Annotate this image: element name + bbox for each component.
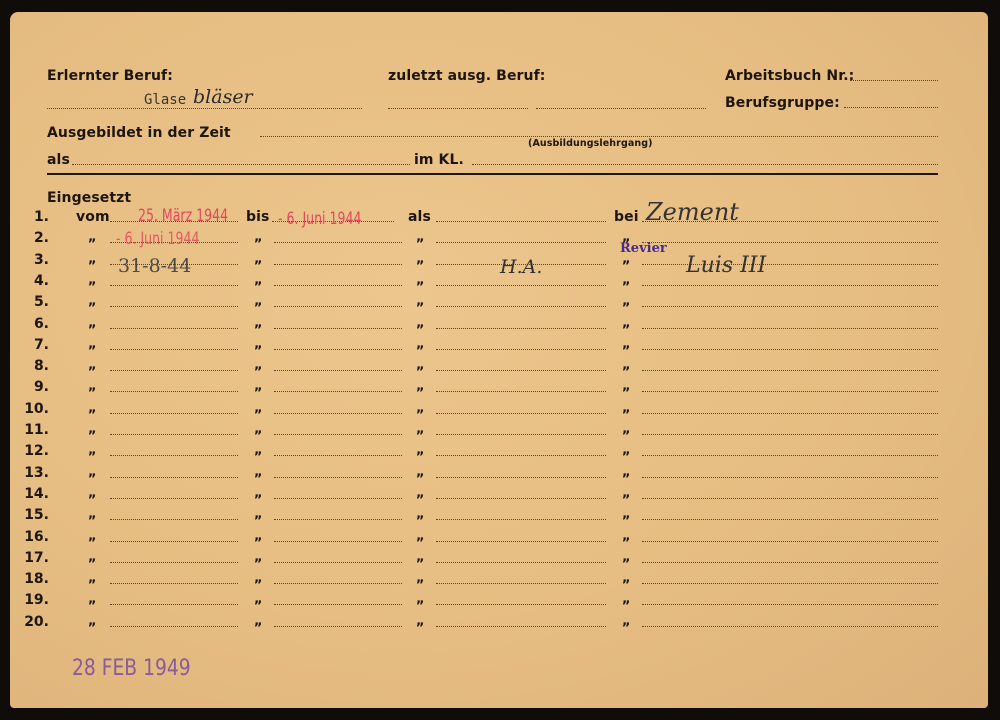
ditto-mark: „ [622, 316, 631, 331]
row-bis-field[interactable] [274, 242, 402, 243]
ditto-mark: „ [88, 252, 97, 267]
ditto-mark: „ [416, 273, 425, 288]
ditto-mark: „ [416, 422, 425, 437]
ditto-mark: „ [254, 550, 263, 565]
row-number: 15. [15, 507, 49, 523]
date-stamp: 28 FEB 1949 [72, 656, 191, 681]
ditto-mark: „ [416, 252, 425, 267]
erlernter-beruf-typed-value: Glase [144, 92, 186, 108]
ditto-mark: „ [88, 443, 97, 458]
row-bis-field[interactable] [274, 477, 402, 478]
ditto-mark: „ [254, 294, 263, 309]
row-vom-field[interactable] [110, 285, 238, 286]
registration-card: Erlernter Beruf: Glase bläser zuletzt au… [10, 12, 988, 708]
row-number: 13. [15, 465, 49, 481]
ditto-mark: „ [88, 401, 97, 416]
ditto-mark: „ [416, 529, 425, 544]
row-als-field[interactable] [436, 413, 606, 414]
row-number: 10. [15, 401, 49, 417]
ditto-mark: „ [254, 252, 263, 267]
row-bei-field[interactable] [642, 306, 938, 307]
ditto-mark: „ [622, 614, 631, 629]
row-als-field[interactable] [436, 626, 606, 627]
row-als-field[interactable] [436, 242, 606, 243]
row-als-field[interactable] [436, 370, 606, 371]
ditto-mark: „ [416, 571, 425, 586]
ditto-mark: „ [622, 379, 631, 394]
ditto-mark: „ [622, 465, 631, 480]
ditto-mark: „ [622, 529, 631, 544]
row-als-field[interactable] [436, 434, 606, 435]
zuletzt-beruf-label: zuletzt ausg. Beruf: [388, 68, 546, 84]
ditto-mark: „ [622, 571, 631, 586]
row-number: 3. [15, 252, 49, 268]
row-number: 7. [15, 337, 49, 353]
ditto-mark: „ [88, 294, 97, 309]
row-vom-field[interactable] [110, 349, 238, 350]
ausgebildet-line [260, 136, 938, 137]
im-kl-line [472, 164, 938, 165]
row-vom-field[interactable] [110, 391, 238, 392]
row-bis-field[interactable] [274, 264, 402, 265]
zuletzt-beruf-line-1 [388, 108, 528, 109]
ausgebildet-label: Ausgebildet in der Zeit [47, 125, 231, 141]
row-bis-field[interactable] [274, 413, 402, 414]
row-als-field[interactable] [436, 455, 606, 456]
ditto-mark: „ [622, 358, 631, 373]
row-als-field[interactable] [436, 562, 606, 563]
ditto-mark: „ [622, 294, 631, 309]
row-vom-field[interactable] [110, 434, 238, 435]
berufsgruppe-line [844, 107, 938, 108]
row-vom-field[interactable] [110, 370, 238, 371]
ditto-mark: „ [88, 273, 97, 288]
row-bis-field[interactable] [274, 562, 402, 563]
ditto-mark: „ [622, 422, 631, 437]
row-als-field[interactable] [436, 498, 606, 499]
ditto-mark: „ [416, 337, 425, 352]
ditto-mark: „ [254, 401, 263, 416]
row-bei-field[interactable] [642, 391, 938, 392]
ditto-mark: „ [254, 337, 263, 352]
ditto-mark: „ [254, 614, 263, 629]
row-bis-field[interactable] [274, 349, 402, 350]
row-als-field[interactable] [436, 221, 606, 222]
ditto-mark: „ [88, 592, 97, 607]
ditto-mark: „ [622, 273, 631, 288]
zuletzt-beruf-line-2 [536, 108, 706, 109]
ditto-mark: „ [88, 550, 97, 565]
row-vom-field[interactable] [110, 519, 238, 520]
row-number: 9. [15, 379, 49, 395]
ditto-mark: „ [254, 592, 263, 607]
row-number: 16. [15, 529, 49, 545]
ausbildungslehrgang-caption: (Ausbildungslehrgang) [528, 138, 653, 149]
row-als-field[interactable] [436, 391, 606, 392]
eingesetzt-title: Eingesetzt [47, 190, 131, 206]
als-line [72, 164, 410, 165]
ditto-mark: „ [88, 614, 97, 629]
im-kl-label: im KL. [414, 152, 464, 168]
row-vom-field[interactable] [110, 562, 238, 563]
row-vom-field[interactable] [110, 328, 238, 329]
row-vom-field[interactable] [110, 413, 238, 414]
ditto-mark: „ [416, 230, 425, 245]
ditto-mark: „ [88, 465, 97, 480]
ditto-mark: „ [88, 230, 97, 245]
row-number: 4. [15, 273, 49, 289]
row-bei-field[interactable] [642, 562, 938, 563]
row-bei-field[interactable] [642, 455, 938, 456]
row-als-field[interactable] [436, 519, 606, 520]
bei-label: bei [614, 209, 639, 225]
row-number: 1. [15, 209, 49, 225]
ditto-mark: „ [254, 571, 263, 586]
row-bis-field[interactable] [274, 391, 402, 392]
ditto-mark: „ [622, 337, 631, 352]
ditto-mark: „ [88, 422, 97, 437]
row-number: 17. [15, 550, 49, 566]
row-als-field[interactable] [436, 583, 606, 584]
row-number: 19. [15, 592, 49, 608]
row-number: 12. [15, 443, 49, 459]
ditto-mark: „ [254, 273, 263, 288]
row-vom-field[interactable] [110, 455, 238, 456]
erlernter-beruf-line [47, 108, 362, 109]
row-number: 8. [15, 358, 49, 374]
row-bei-field[interactable] [642, 370, 938, 371]
ditto-mark: „ [416, 358, 425, 373]
ditto-mark: „ [254, 465, 263, 480]
ditto-mark: „ [88, 571, 97, 586]
ditto-mark: „ [254, 316, 263, 331]
row-vom-field[interactable] [110, 626, 238, 627]
row-bis-field[interactable] [274, 498, 402, 499]
ditto-mark: „ [88, 379, 97, 394]
ditto-mark: „ [416, 401, 425, 416]
row-bei-field[interactable] [642, 328, 938, 329]
ditto-mark: „ [254, 230, 263, 245]
ditto-mark: „ [416, 592, 425, 607]
ditto-mark: „ [416, 550, 425, 565]
ditto-mark: „ [416, 294, 425, 309]
row-bis-field[interactable] [274, 306, 402, 307]
ditto-mark: „ [88, 486, 97, 501]
row-vom-field[interactable] [110, 498, 238, 499]
row-vom-field[interactable] [110, 477, 238, 478]
als-label: als [47, 152, 70, 168]
ditto-mark: „ [254, 529, 263, 544]
row-als-field[interactable] [436, 349, 606, 350]
ditto-mark: „ [622, 592, 631, 607]
row2-bei-revier-stamp: Revier [620, 241, 667, 256]
row-bis-field[interactable] [274, 626, 402, 627]
row-bis-field[interactable] [274, 328, 402, 329]
ditto-mark: „ [622, 486, 631, 501]
row-vom-field[interactable] [110, 541, 238, 542]
row-number: 2. [15, 230, 49, 246]
ditto-mark: „ [88, 337, 97, 352]
row3-vom-handwritten: 31-8-44 [118, 255, 191, 277]
row1-bis-stamp: - 6. Juni 1944 [278, 209, 361, 229]
row-bei-field[interactable] [642, 541, 938, 542]
als-row-label: als [408, 209, 431, 225]
row-als-field[interactable] [436, 541, 606, 542]
row2-vom-stamp: - 6. Juni 1944 [116, 229, 199, 249]
arbeitsbuch-label: Arbeitsbuch Nr.: [725, 68, 854, 84]
row-als-field[interactable] [436, 477, 606, 478]
erlernter-beruf-handwritten-value: bläser [193, 86, 253, 108]
row-bei-field[interactable] [642, 434, 938, 435]
row1-vom-stamp: 25. März 1944 [138, 206, 228, 226]
ditto-mark: „ [88, 507, 97, 522]
row-bei-field[interactable] [642, 604, 938, 605]
row-als-field[interactable] [436, 306, 606, 307]
row-bei-field[interactable] [642, 285, 938, 286]
vom-label: vom [76, 209, 110, 225]
row1-bei-handwritten: Zement [646, 198, 739, 226]
arbeitsbuch-line [850, 80, 938, 81]
row-number: 18. [15, 571, 49, 587]
row-bei-field[interactable] [642, 413, 938, 414]
ditto-mark: „ [88, 529, 97, 544]
ditto-mark: „ [416, 379, 425, 394]
ditto-mark: „ [416, 443, 425, 458]
row-number: 11. [15, 422, 49, 438]
ditto-mark: „ [622, 507, 631, 522]
ditto-mark: „ [88, 358, 97, 373]
row-vom-field[interactable] [110, 583, 238, 584]
row-bis-field[interactable] [274, 583, 402, 584]
ditto-mark: „ [416, 507, 425, 522]
row-bis-field[interactable] [274, 285, 402, 286]
berufsgruppe-label: Berufsgruppe: [725, 95, 840, 111]
row-als-field[interactable] [436, 328, 606, 329]
ditto-mark: „ [254, 443, 263, 458]
ditto-mark: „ [416, 614, 425, 629]
row-vom-field[interactable] [110, 604, 238, 605]
row-number: 6. [15, 316, 49, 332]
row-als-field[interactable] [436, 604, 606, 605]
row-bis-field[interactable] [274, 519, 402, 520]
ditto-mark: „ [622, 443, 631, 458]
erlernter-beruf-label: Erlernter Beruf: [47, 68, 173, 84]
row-bis-field[interactable] [274, 434, 402, 435]
ditto-mark: „ [254, 507, 263, 522]
ditto-mark: „ [622, 550, 631, 565]
row3-als-handwritten: H.A. [500, 256, 542, 278]
row-bei-field[interactable] [642, 477, 938, 478]
header-divider [47, 173, 938, 175]
row-bis-field[interactable] [274, 455, 402, 456]
row-bei-field[interactable] [642, 626, 938, 627]
row-bei-field[interactable] [642, 583, 938, 584]
row-number: 14. [15, 486, 49, 502]
row-number: 5. [15, 294, 49, 310]
row-als-field[interactable] [436, 285, 606, 286]
row-bis-field[interactable] [274, 370, 402, 371]
ditto-mark: „ [254, 358, 263, 373]
ditto-mark: „ [254, 379, 263, 394]
ditto-mark: „ [254, 422, 263, 437]
row-bei-field[interactable] [642, 519, 938, 520]
row-bei-field[interactable] [642, 242, 938, 243]
ditto-mark: „ [88, 316, 97, 331]
row-vom-field[interactable] [110, 306, 238, 307]
row-number: 20. [15, 614, 49, 630]
row-bei-field[interactable] [642, 349, 938, 350]
bis-label: bis [246, 209, 269, 225]
ditto-mark: „ [416, 316, 425, 331]
ditto-mark: „ [254, 486, 263, 501]
ditto-mark: „ [416, 465, 425, 480]
row-bis-field[interactable] [274, 604, 402, 605]
row-bei-field[interactable] [642, 498, 938, 499]
ditto-mark: „ [622, 401, 631, 416]
row3-bei-handwritten: Luis III [686, 253, 766, 278]
row-bis-field[interactable] [274, 541, 402, 542]
ditto-mark: „ [416, 486, 425, 501]
